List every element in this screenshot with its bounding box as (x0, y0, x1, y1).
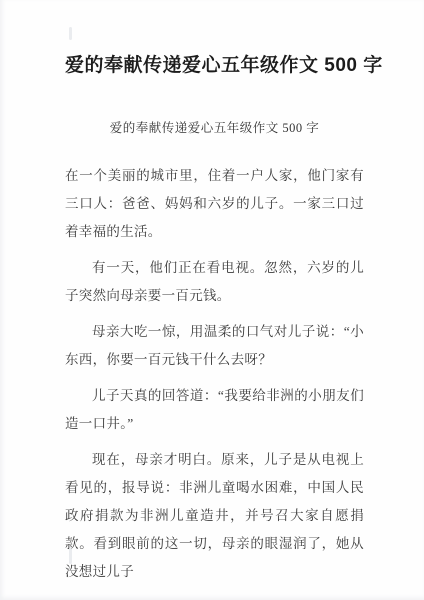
paragraph-4: 儿子天真的回答道：“我要给非洲的小朋友们造一口井。” (65, 382, 364, 438)
document-content: 爱的奉献传递爱心五年级作文 500 字 爱的奉献传递爱心五年级作文 500 字 … (0, 0, 424, 586)
document-body: 在一个美丽的城市里，住着一户人家，他门家有三口人：爸爸、妈妈和六岁的儿子。一家三… (65, 162, 364, 586)
scan-smudge (69, 547, 72, 564)
paragraph-3: 母亲大吃一惊，用温柔的口气对儿子说：“小东西，你要一百元钱干什么去呀？ (65, 318, 364, 374)
document-subtitle: 爱的奉献传递爱心五年级作文 500 字 (65, 118, 364, 138)
paragraph-1: 在一个美丽的城市里，住着一户人家，他门家有三口人：爸爸、妈妈和六岁的儿子。一家三… (65, 162, 364, 246)
document-title: 爱的奉献传递爱心五年级作文 500 字 (65, 52, 364, 80)
document-page: 爱的奉献传递爱心五年级作文 500 字 爱的奉献传递爱心五年级作文 500 字 … (0, 0, 424, 600)
scan-smudge (69, 27, 72, 40)
paragraph-2: 有一天，他们正在看电视。忽然，六岁的儿子突然向母亲要一百元钱。 (65, 254, 364, 310)
paragraph-5: 现在，母亲才明白。原来，儿子是从电视上看见的，报导说：非洲儿童喝水困难，中国人民… (65, 446, 364, 586)
